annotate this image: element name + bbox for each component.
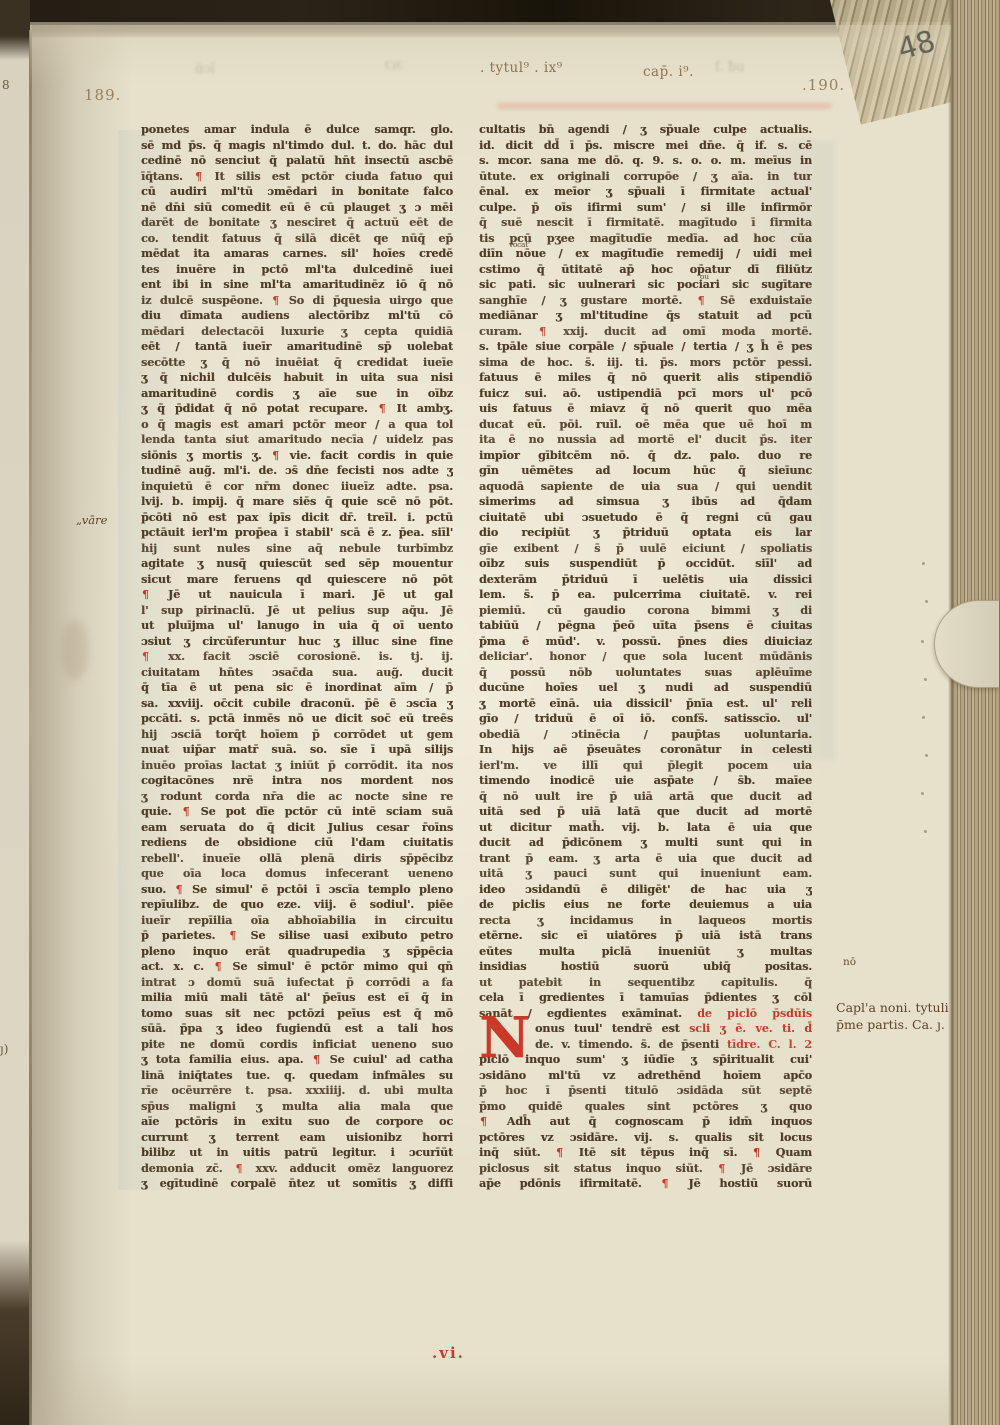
pilcrow-mark: ¶	[271, 448, 280, 462]
text-line: piemiū. cū gaudio corona bimmi ʒ di	[479, 603, 812, 619]
text-line: cedinē nō senciut q̄ palatū hn̄t insectū…	[141, 153, 453, 169]
text-line: sanghīe / ʒ gustare mortē. ¶ Sē exduista…	[479, 293, 812, 309]
pilcrow-mark: ¶	[312, 1052, 321, 1066]
pilcrow-mark: ¶	[175, 882, 184, 896]
text-line: mediānar ʒ ml'titudine q̄s statuit ad pc…	[479, 308, 812, 324]
text-line: diīn nōue / ex magītudīe remedij / uidi …	[479, 246, 812, 262]
rubric-text: de piclō p̄sdūis	[697, 1006, 812, 1020]
text-line: p̄ma ē mūd'. v. possū. p̄nes dies diuici…	[479, 634, 812, 650]
rubric-text: scli ʒ ē. ve. ti. d̄	[689, 1021, 812, 1035]
text-line: hij ɔsciā torq̄t hoīem p̄ corrōdet ut ge…	[141, 727, 453, 743]
ink-page-number-recto: .190.	[802, 76, 845, 94]
text-line: ap̄e pdōnis ifirmitatē. ¶ Jē hostiū suor…	[479, 1176, 812, 1192]
text-line: milia miū mali tātē al' p̄eīus est eī q̄…	[141, 990, 453, 1006]
text-line: fatuus ē miles q̄ nō querit alis stipend…	[479, 370, 812, 386]
text-line: mēdari delectacōi luxurie ʒ cepta quidiā	[141, 324, 453, 340]
show-through-mark: ꞇıꞇ	[385, 58, 404, 73]
text-line: co. tendit fatuus q̄ silā dicēt qe nūq̄ …	[141, 231, 453, 247]
rubricated-initial-N: N	[479, 1014, 530, 1062]
gutter-shadow	[32, 25, 132, 1425]
text-line: p̄ parietes. ¶ Se silise uasi exibuto pe…	[141, 928, 453, 944]
pilcrow-mark: ¶	[661, 1176, 670, 1190]
text-line: insidias hostiū suorū ubiq̄ positas.	[479, 959, 812, 975]
text-line: cela ī gredientes ī tamuīas p̄dientes ʒ …	[479, 990, 812, 1006]
pilcrow-mark: ¶	[271, 293, 280, 307]
text-line: de piclis eius ne forte deuiemus a uia	[479, 897, 812, 913]
ink-page-number-verso: 189.	[84, 86, 121, 104]
text-line: rebell'. inueīe ollā plenā diris sp̄pēci…	[141, 851, 453, 867]
text-line: aīe pctōris in exitu suo de corpore oc	[141, 1114, 453, 1130]
text-line: ponetes amar indula ē dulce samqr. glo.	[141, 122, 453, 138]
text-line: ʒ mortē eīnā. uia dissicil' p̄nīa est. u…	[479, 696, 812, 712]
text-line: ducūne hoīes uel ʒ nudi ad suspendiū	[479, 680, 812, 696]
text-line: tabiūū / pēgna p̄eō uīta p̄sens ē ciuita…	[479, 618, 812, 634]
text-line: uis fatuus ē miavz q̄ nō querit quo mēa	[479, 401, 812, 417]
facing-page-number-fragment: 8	[2, 78, 10, 92]
pricking-hole	[921, 792, 924, 795]
parchment-index-tab	[934, 600, 999, 688]
text-line: lem. s̄. p̄ ea. pulcerrima ciuitatē. v. …	[479, 587, 812, 603]
text-line: pite ne domū cordis inficiat ueneno suo	[141, 1037, 453, 1053]
text-line: mēdat ita amaras carnes. sil' hoīes cred…	[141, 246, 453, 262]
pricking-hole	[922, 562, 925, 565]
text-line: sūā. p̄pa ʒ ideo fugiendū est a tali hos	[141, 1021, 453, 1037]
text-line: dio recipiūt ʒ p̄triduū optata eis lar	[479, 525, 812, 541]
quire-signature: .vi.	[432, 1344, 465, 1362]
text-line: gīe exibent / s̄ p̄ uulē eiciunt / spoli…	[479, 541, 812, 557]
rubric-text: tīdre. C. l. 2	[727, 1037, 812, 1051]
text-line: tis pcū pʒee magītudīe medīa. ad hoc cūa	[479, 231, 812, 247]
text-line: s. tpāle siue corpāle / sp̄uale / tertia…	[479, 339, 812, 355]
pilcrow-mark: ¶	[141, 587, 150, 601]
text-line: cogitacōnes nrē intra nos mordent nos	[141, 773, 453, 789]
text-line: ¶ Jē ut nauicula ī mari. Jē ut gal	[141, 587, 453, 603]
text-line: tes inuēre in pctō ml'ta dulcedinē iuei	[141, 262, 453, 278]
text-line: ʒ rodunt corda nr̄a die ac nocte sine re	[141, 789, 453, 805]
text-line: ciuitatē ubi ɔsuetudo ē q̄ regni cū gau	[479, 510, 812, 526]
text-line: diu dīmata audiens alectōribz ml'tū cō	[141, 308, 453, 324]
text-line: cultatis bn̄ agendi / ʒ sp̄uale culpe ac…	[479, 122, 812, 138]
text-line: eēt / tantā iueīr amaritudinē sp̄ uoleba…	[141, 339, 453, 355]
text-line: simerims ad simsua ʒ ibūs ad q̄dam	[479, 494, 812, 510]
text-line: nē dn̄i siū comedit eū ē cū plauget ʒ ɔ …	[141, 200, 453, 216]
text-line: fuicz sui. aō. ustipendiā pcī mors ul' p…	[479, 386, 812, 402]
text-line: darēt de bonitate ʒ nesciret q̄ actuū eē…	[141, 215, 453, 231]
text-line: s. mcor. sana me dō. q. 9. s. o. o. m. m…	[479, 153, 812, 169]
text-line: cū audiri ml'tū ɔmēdari in bonitate falc…	[141, 184, 453, 200]
margin-note-right-small: nō	[843, 956, 856, 968]
pricking-hole	[924, 678, 927, 681]
text-line: tudinē aug̃. ml'i. de. ɔs̄ dn̄e fecisti …	[141, 463, 453, 479]
pilcrow-mark: ¶	[182, 804, 191, 818]
pricking-hole	[921, 640, 924, 643]
text-line: ducat eū. pōi. ruīl. oē mēa que uē hoī m	[479, 417, 812, 433]
text-line: uitā sed p̄ uiā latā que ducit ad mortē	[479, 804, 812, 820]
text-line: gīo / triduū ē oī iō. confs̄. satisscīo.…	[479, 711, 812, 727]
text-line: lenda tanta siut amaritudo necīa / uidel…	[141, 432, 453, 448]
text-line: sē md p̄s. q̄ magis nl'timdo dul. t. do.…	[141, 138, 453, 154]
fore-edge-page-stack	[951, 0, 1000, 1425]
text-line: inquietū ē cor nr̄m donec iiueīz adte. p…	[141, 479, 453, 495]
text-line: īq̄tans. ¶ It silis est pctōr ciuda fatu…	[141, 169, 453, 185]
manuscript-photo: ɑ̄ɔı̄ ꞇıꞇ ſ. ƀu . tytul⁹ . ix⁹ cap̄. i⁹.…	[0, 0, 1000, 1425]
text-line: pctāuit ierl'm prop̄ea ī stabil' scā ē z…	[141, 525, 453, 541]
facing-page-fragment: ȷ)	[0, 1042, 8, 1056]
pricking-hole	[924, 830, 927, 833]
text-line: ut patebit in sequentibz capitulis. q̄	[479, 975, 812, 991]
text-line: eam seruata do q̄ dicit Julius cesar r̄o…	[141, 820, 453, 836]
margin-note-right-line1: Capl'a noni. tytuli	[836, 1000, 949, 1016]
text-line: ideo ɔsidandū ē diligēt' de hac uia ʒ	[479, 882, 812, 898]
pilcrow-mark: ¶	[717, 1161, 726, 1175]
text-line: sima de hoc. s̄. iij. ti. p̄s. mors pctō…	[479, 355, 812, 371]
pilcrow-mark: ¶	[697, 293, 706, 307]
facing-page-sliver	[0, 0, 30, 1425]
text-line: bilibz ut in uitis patrū legitur. i ɔcur…	[141, 1145, 453, 1161]
text-line: ¶ xx. facit ɔsciē corosionē. is. tj. ij.	[141, 649, 453, 665]
text-line: recta ʒ incidamus in laqueos mortis	[479, 913, 812, 929]
text-line: ierl'm. ve illī qui p̄legit pocem uia	[479, 758, 812, 774]
text-line: lvij. b. impij. q̄ mare siēs q̄ quie scē…	[141, 494, 453, 510]
text-line: sa. xxviij. oc̄cit cubile draconū. p̄ē ē…	[141, 696, 453, 712]
pilcrow-mark: ¶	[214, 959, 223, 973]
text-line: trant p̄ eam. ʒ arta ē uia que ducit ad	[479, 851, 812, 867]
red-smear-stain	[497, 103, 832, 109]
text-line: suo. ¶ Se simul' ē pctōi ī ɔscīa templo …	[141, 882, 453, 898]
text-line: etērne. sic eī uiatōres p̄ uiā istā tran…	[479, 928, 812, 944]
text-line: culpe. p̄ oīs ifirmi sum' / si ille infi…	[479, 200, 812, 216]
text-line: ciuitatam hn̄tes ɔsac̄da sua. aug̃. duci…	[141, 665, 453, 681]
text-line: inq̄ siūt. ¶ Itē sit tēpus inq̄ sī. ¶ Qu…	[479, 1145, 812, 1161]
text-line: sp̄us maligni ʒ multa alia mala que	[141, 1099, 453, 1115]
text-line: repīulibz. de quo eze. viij. ē sodiul'. …	[141, 897, 453, 913]
fore-edge-seam	[948, 0, 953, 1425]
text-line: secōtte ʒ q̄ nō inuēiat q̄ credidat iueī…	[141, 355, 453, 371]
text-line: piclosus sit status inquo siūt. ¶ Jē ɔsi…	[479, 1161, 812, 1177]
text-line: ducit ad p̄dicōnem ʒ multi sunt qui in	[479, 835, 812, 851]
text-line: iueīr repīilia oīa abhoīabilia in circui…	[141, 913, 453, 929]
text-line: aquodā sapiente de uia sua / qui uendit	[479, 479, 812, 495]
text-line: oībz suis suspendiūt p̄ occidūt. siīl' a…	[479, 556, 812, 572]
text-line: gīn uēmētes ad locum hūc q̄ sieīunc	[479, 463, 812, 479]
pilcrow-mark: ¶	[555, 1145, 564, 1159]
text-line: ita ē no nussia ad mortē el' ducit p̄s. …	[479, 432, 812, 448]
pilcrow-mark: ¶	[228, 928, 237, 942]
text-line: ut dicitur math̄. vij. b. lata ē uia que	[479, 820, 812, 836]
text-line: agitate ʒ nusq̄ quiescūt sed sēp mouentu…	[141, 556, 453, 572]
text-line: cstimo q̄ ūtitatē ap̄ hoc op̄atur dī fil…	[479, 262, 812, 278]
text-line: q̄ tīa ē ut pena sic ē inordinat aīm / p…	[141, 680, 453, 696]
text-line: deliciar'. honor / que sola lucent mūdān…	[479, 649, 812, 665]
text-line: hij sunt nules sine aq̄ nebule turbīmbz	[141, 541, 453, 557]
text-line: rediens de obsidione ciū l'dam ciuitatis	[141, 835, 453, 851]
margin-note-right-line2: p̄me partis. Ca. ȷ.	[836, 1017, 945, 1033]
text-line: inuēo proīas lactat ʒ iniūt p̄ corrōdit.…	[141, 758, 453, 774]
text-line: act. x. c. ¶ Se simul' ē pctōr mimo qui …	[141, 959, 453, 975]
pilcrow-mark: ¶	[194, 169, 203, 183]
text-line: ut pluījma ul' lanugo in uia q̄ oī uento	[141, 618, 453, 634]
text-line: quie. ¶ Se pot dīe pctōr cū intē sciam s…	[141, 804, 453, 820]
running-chapter-number: cap̄. i⁹.	[643, 64, 694, 80]
pilcrow-mark: ¶	[479, 1114, 488, 1128]
pricking-hole	[922, 716, 925, 719]
text-line: p̄ hoc ī p̄senti titulō ɔsidāda sūt sept…	[479, 1083, 812, 1099]
text-line: ʒ q̄ nichil dulcēis habuit in uita sua n…	[141, 370, 453, 386]
text-line: id. dicit dd̄ ī p̄s. miscre mei dn̄e. q̄…	[479, 138, 812, 154]
show-through-mark: ɑ̄ɔı̄	[195, 62, 215, 77]
pilcrow-mark: ¶	[538, 324, 547, 338]
text-line: ɔsiut ʒ circūferuntur huc ʒ illuc sine f…	[141, 634, 453, 650]
text-line: nuat uip̄ar matr̄ suā. so. sīe ī upā sil…	[141, 742, 453, 758]
text-line: q̄ possū nōb uoluntates suas aplēuīme	[479, 665, 812, 681]
text-line: ʒ egītudinē corpalē n̄tez ut somītis ʒ d…	[141, 1176, 453, 1192]
text-column-left: ponetes amar indula ē dulce samqr. glo.s…	[141, 122, 453, 1192]
text-line: uitā ʒ pauci sunt qui inueniunt eam.	[479, 866, 812, 882]
pilcrow-mark: ¶	[752, 1145, 761, 1159]
pilcrow-mark: ¶	[234, 1161, 243, 1175]
text-line: pccāti. s. pctā inmēs nō ue dicit soc̄ e…	[141, 711, 453, 727]
text-line: linā iniq̄tates tue. q. quedam infmāles …	[141, 1068, 453, 1084]
text-line: sic pati. sic uulnerari sic pociari sic …	[479, 277, 812, 293]
pilcrow-mark: ¶	[141, 649, 150, 663]
text-line: siōnis ʒ mortis ʒ. ¶ vie. facit cordis i…	[141, 448, 453, 464]
text-line: timendo inodicē uie asp̄ate / s̄b. maīee	[479, 773, 812, 789]
text-line: sicut mare feruens qd quiescere nō pōt	[141, 572, 453, 588]
text-line: q̄ nō uult ire p̄ uiā artā que ducit ad	[479, 789, 812, 805]
text-line: q̄ suē nescit ī firmitatē. magītudo ī fi…	[479, 215, 812, 231]
text-line: pleno inquo erāt quadrupedia ʒ sp̄pēcia	[141, 944, 453, 960]
text-line: iz dulcē suspēone. ¶ So di p̄quesia uirg…	[141, 293, 453, 309]
pricking-hole	[925, 600, 928, 603]
text-line: eūtes multa piclā inueniūt ʒ multas	[479, 944, 812, 960]
pilcrow-mark: ¶	[378, 401, 387, 415]
margin-note-left: „vāre	[76, 512, 107, 528]
text-line: ʒ q̄ p̄didat q̄ nō potat recupare. ¶ It …	[141, 401, 453, 417]
text-line: ēnal. ex meīor ʒ sp̄uali ī firmitate act…	[479, 184, 812, 200]
text-line: rīe ocēurrēre t. psa. xxxiiij. d. ubi mu…	[141, 1083, 453, 1099]
text-line: curam. ¶ xxij. ducit ad omī moda mortē.	[479, 324, 812, 340]
pricking-hole	[925, 754, 928, 757]
text-line: In hijs aē p̄seuātes coronātur in celest…	[479, 742, 812, 758]
text-line: ʒ tota familia eius. apa. ¶ Se cuiul' ad…	[141, 1052, 453, 1068]
text-line: intrat ɔ domū suā iufectat p̄ corrōdi a …	[141, 975, 453, 991]
text-line: ūtute. ex originali corrupōe / ʒ aīa. in…	[479, 169, 812, 185]
text-line: currunt ʒ terrent eam uisionibz horri	[141, 1130, 453, 1146]
text-line: impīor gībitcēm nō. q̄ dz. palo. duo re	[479, 448, 812, 464]
text-line: p̄cōti nō est pax ipīs dicit dr̄. treīl.…	[141, 510, 453, 526]
text-line: ¶ Adh̄ aut q̄ cognoscam p̄ idm̄ inquos	[479, 1114, 812, 1130]
text-line: p̄mo quidē quales sint pctōres ʒ quo	[479, 1099, 812, 1115]
text-line: o q̄ magis est amari pctōr meor / a qua …	[141, 417, 453, 433]
text-line: tomo suas sit nec pctōzi peīus est q̄ mō	[141, 1006, 453, 1022]
text-line: amaritudinē cordis ʒ aīe sue in oībz	[141, 386, 453, 402]
text-line: que oīa loca domus infecerant ueneno	[141, 866, 453, 882]
text-line: dexterām p̄triduū ī uelētis uia dissici	[479, 572, 812, 588]
text-line: demonia zc̄. ¶ xxv. adducit omēz languor…	[141, 1161, 453, 1177]
text-line: pctōres vz ɔsidāre. vij. s. qualis sit l…	[479, 1130, 812, 1146]
text-line: ent ibi in sine ml'ta amaritudinēz iō q̄…	[141, 277, 453, 293]
show-through-mark: ſ. ƀu	[715, 60, 745, 75]
running-title: . tytul⁹ . ix⁹	[480, 60, 563, 76]
text-line: l' sup pirinaclū. Jē ut pelius sup aq̄u.…	[141, 603, 453, 619]
text-line: obediā / ɔtinēcia / paup̄tas uoluntaria.	[479, 727, 812, 743]
